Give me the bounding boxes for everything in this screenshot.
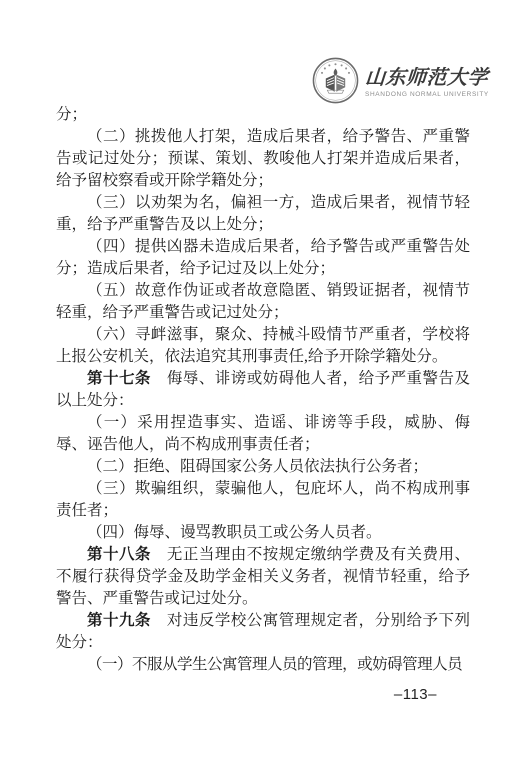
list-item-paragraph: （一）采用捏造事实、造谣、诽谤等手段，威胁、侮辱、诬告他人，尚不构成刑事责任者； [56, 412, 470, 456]
article-number: 第十九条 [87, 612, 151, 629]
list-item-paragraph: （三）以劝架为名，偏袒一方，造成后果者，视情节轻重，给予严重警告及以上处分； [56, 192, 470, 236]
list-item-paragraph: （二）挑拨他人打架，造成后果者，给予警告、严重警告或记过处分；预谋、策划、教唆他… [56, 126, 470, 192]
list-item-paragraph: （一）不服从学生公寓管理人员的管理，或妨碍管理人员 [56, 654, 470, 676]
document-body: 分； （二）挑拨他人打架，造成后果者，给予警告、严重警告或记过处分；预谋、策划、… [56, 104, 470, 676]
university-name-cn: 山东师范大学 [364, 67, 489, 89]
university-emblem-icon [311, 56, 360, 105]
university-logo: 山东师范大学 SHANDONG NORMAL UNIVERSITY [311, 56, 489, 105]
article-paragraph: 第十七条 侮辱、诽谤或妨碍他人者，给予严重警告及以上处分： [56, 368, 470, 412]
list-item-paragraph: （六）寻衅滋事，聚众、持械斗殴情节严重者，学校将上报公安机关，依法追究其刑事责任… [56, 324, 470, 368]
university-logo-text: 山东师范大学 SHANDONG NORMAL UNIVERSITY [365, 64, 489, 98]
paragraph-continuation: 分； [56, 104, 470, 126]
list-item-paragraph: （五）故意作伪证或者故意隐匿、销毁证据者，视情节轻重，给予严重警告或记过处分； [56, 280, 470, 324]
document-page: 山东师范大学 SHANDONG NORMAL UNIVERSITY 分； （二）… [0, 0, 525, 768]
article-paragraph: 第十九条 对违反学校公寓管理规定者，分别给予下列处分： [56, 610, 470, 654]
article-number: 第十八条 [87, 546, 151, 563]
list-item-paragraph: （三）欺骗组织，蒙骗他人，包庇坏人，尚不构成刑事责任者； [56, 478, 470, 522]
list-item-paragraph: （二）拒绝、阻碍国家公务人员依法执行公务者； [56, 456, 470, 478]
university-name-en: SHANDONG NORMAL UNIVERSITY [365, 91, 489, 98]
article-paragraph: 第十八条 无正当理由不按规定缴纳学费及有关费用、不履行获得贷学金及助学金相关义务… [56, 544, 470, 610]
list-item-paragraph: （四）提供凶器未造成后果者，给予警告或严重警告处分；造成后果者，给予记过及以上处… [56, 236, 470, 280]
page-number: –113– [394, 686, 437, 703]
article-number: 第十七条 [87, 370, 151, 387]
list-item-paragraph: （四）侮辱、谩骂教职员工或公务人员者。 [56, 522, 470, 544]
